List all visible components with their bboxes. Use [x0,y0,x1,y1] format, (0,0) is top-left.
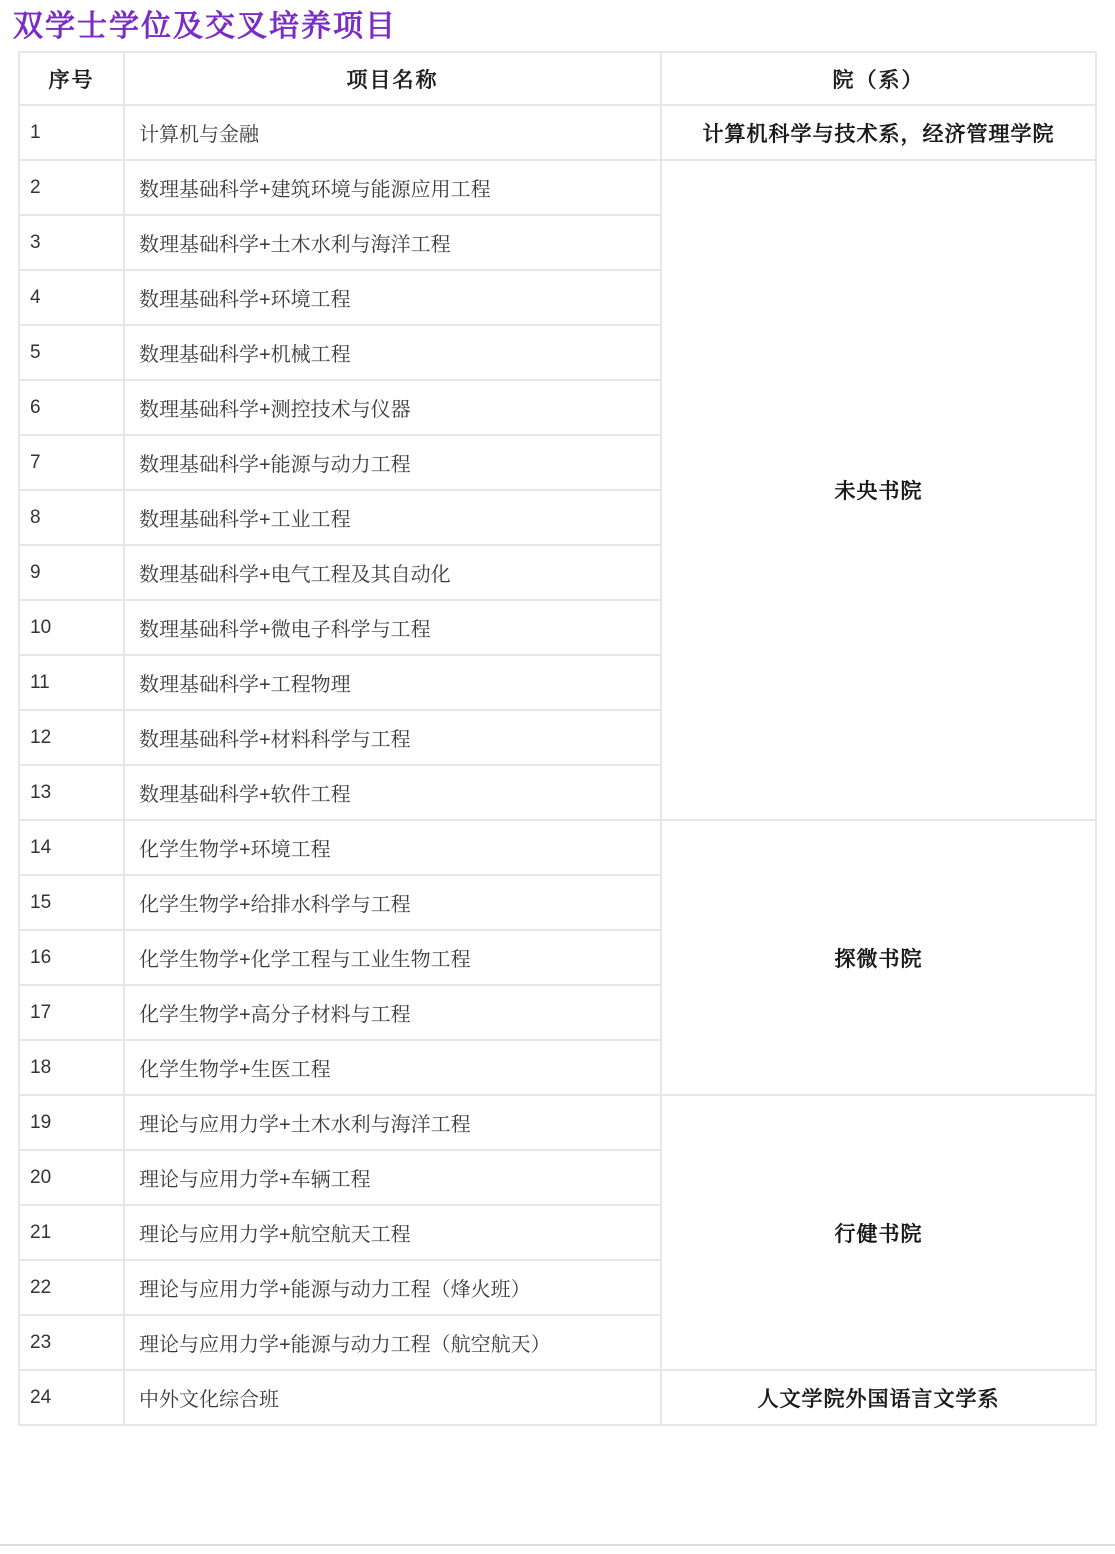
table-row: 1计算机与金融计算机科学与技术系，经济管理学院 [19,105,1096,160]
row-serial-number: 4 [19,270,124,325]
row-program-name: 数理基础科学+建筑环境与能源应用工程 [124,160,661,215]
row-serial-number: 22 [19,1260,124,1315]
row-program-name: 理论与应用力学+能源与动力工程（烽火班） [124,1260,661,1315]
row-serial-number: 21 [19,1205,124,1260]
table-row: 2数理基础科学+建筑环境与能源应用工程未央书院 [19,160,1096,215]
row-serial-number: 18 [19,1040,124,1095]
row-program-name: 化学生物学+生医工程 [124,1040,661,1095]
table-row: 24中外文化综合班人文学院外国语言文学系 [19,1370,1096,1425]
row-program-name: 理论与应用力学+能源与动力工程（航空航天） [124,1315,661,1370]
row-program-name: 数理基础科学+工程物理 [124,655,661,710]
row-serial-number: 23 [19,1315,124,1370]
row-program-name: 数理基础科学+环境工程 [124,270,661,325]
row-program-name: 数理基础科学+电气工程及其自动化 [124,545,661,600]
row-serial-number: 16 [19,930,124,985]
row-serial-number: 15 [19,875,124,930]
row-program-name: 计算机与金融 [124,105,661,160]
row-program-name: 理论与应用力学+航空航天工程 [124,1205,661,1260]
row-program-name: 化学生物学+高分子材料与工程 [124,985,661,1040]
page-title: 双学士学位及交叉培养项目 [13,9,1115,45]
row-program-name: 化学生物学+环境工程 [124,820,661,875]
row-program-name: 数理基础科学+材料科学与工程 [124,710,661,765]
row-program-name: 化学生物学+化学工程与工业生物工程 [124,930,661,985]
row-program-name: 数理基础科学+能源与动力工程 [124,435,661,490]
header-serial-number: 序号 [19,52,124,105]
row-program-name: 数理基础科学+土木水利与海洋工程 [124,215,661,270]
row-serial-number: 1 [19,105,124,160]
row-program-name: 中外文化综合班 [124,1370,661,1425]
row-program-name: 数理基础科学+测控技术与仪器 [124,380,661,435]
row-program-name: 数理基础科学+机械工程 [124,325,661,380]
row-serial-number: 12 [19,710,124,765]
header-program-name: 项目名称 [124,52,661,105]
header-department: 院（系） [661,52,1096,105]
row-serial-number: 14 [19,820,124,875]
row-program-name: 理论与应用力学+土木水利与海洋工程 [124,1095,661,1150]
row-serial-number: 13 [19,765,124,820]
table-body: 1计算机与金融计算机科学与技术系，经济管理学院2数理基础科学+建筑环境与能源应用… [19,105,1096,1425]
row-serial-number: 19 [19,1095,124,1150]
row-program-name: 数理基础科学+软件工程 [124,765,661,820]
row-serial-number: 24 [19,1370,124,1425]
row-serial-number: 7 [19,435,124,490]
row-serial-number: 3 [19,215,124,270]
row-program-name: 理论与应用力学+车辆工程 [124,1150,661,1205]
row-serial-number: 2 [19,160,124,215]
table-row: 19理论与应用力学+土木水利与海洋工程行健书院 [19,1095,1096,1150]
row-serial-number: 9 [19,545,124,600]
row-program-name: 数理基础科学+微电子科学与工程 [124,600,661,655]
row-serial-number: 5 [19,325,124,380]
row-serial-number: 11 [19,655,124,710]
bottom-divider [0,1544,1115,1546]
programs-table: 序号 项目名称 院（系） 1计算机与金融计算机科学与技术系，经济管理学院2数理基… [18,51,1097,1426]
row-serial-number: 20 [19,1150,124,1205]
row-serial-number: 10 [19,600,124,655]
row-department: 计算机科学与技术系，经济管理学院 [661,105,1096,160]
row-serial-number: 8 [19,490,124,545]
row-serial-number: 6 [19,380,124,435]
table-header-row: 序号 项目名称 院（系） [19,52,1096,105]
row-program-name: 化学生物学+给排水科学与工程 [124,875,661,930]
row-program-name: 数理基础科学+工业工程 [124,490,661,545]
row-serial-number: 17 [19,985,124,1040]
table-row: 14化学生物学+环境工程探微书院 [19,820,1096,875]
row-department: 人文学院外国语言文学系 [661,1370,1096,1425]
row-department: 探微书院 [661,820,1096,1095]
row-department: 未央书院 [661,160,1096,820]
row-department: 行健书院 [661,1095,1096,1370]
